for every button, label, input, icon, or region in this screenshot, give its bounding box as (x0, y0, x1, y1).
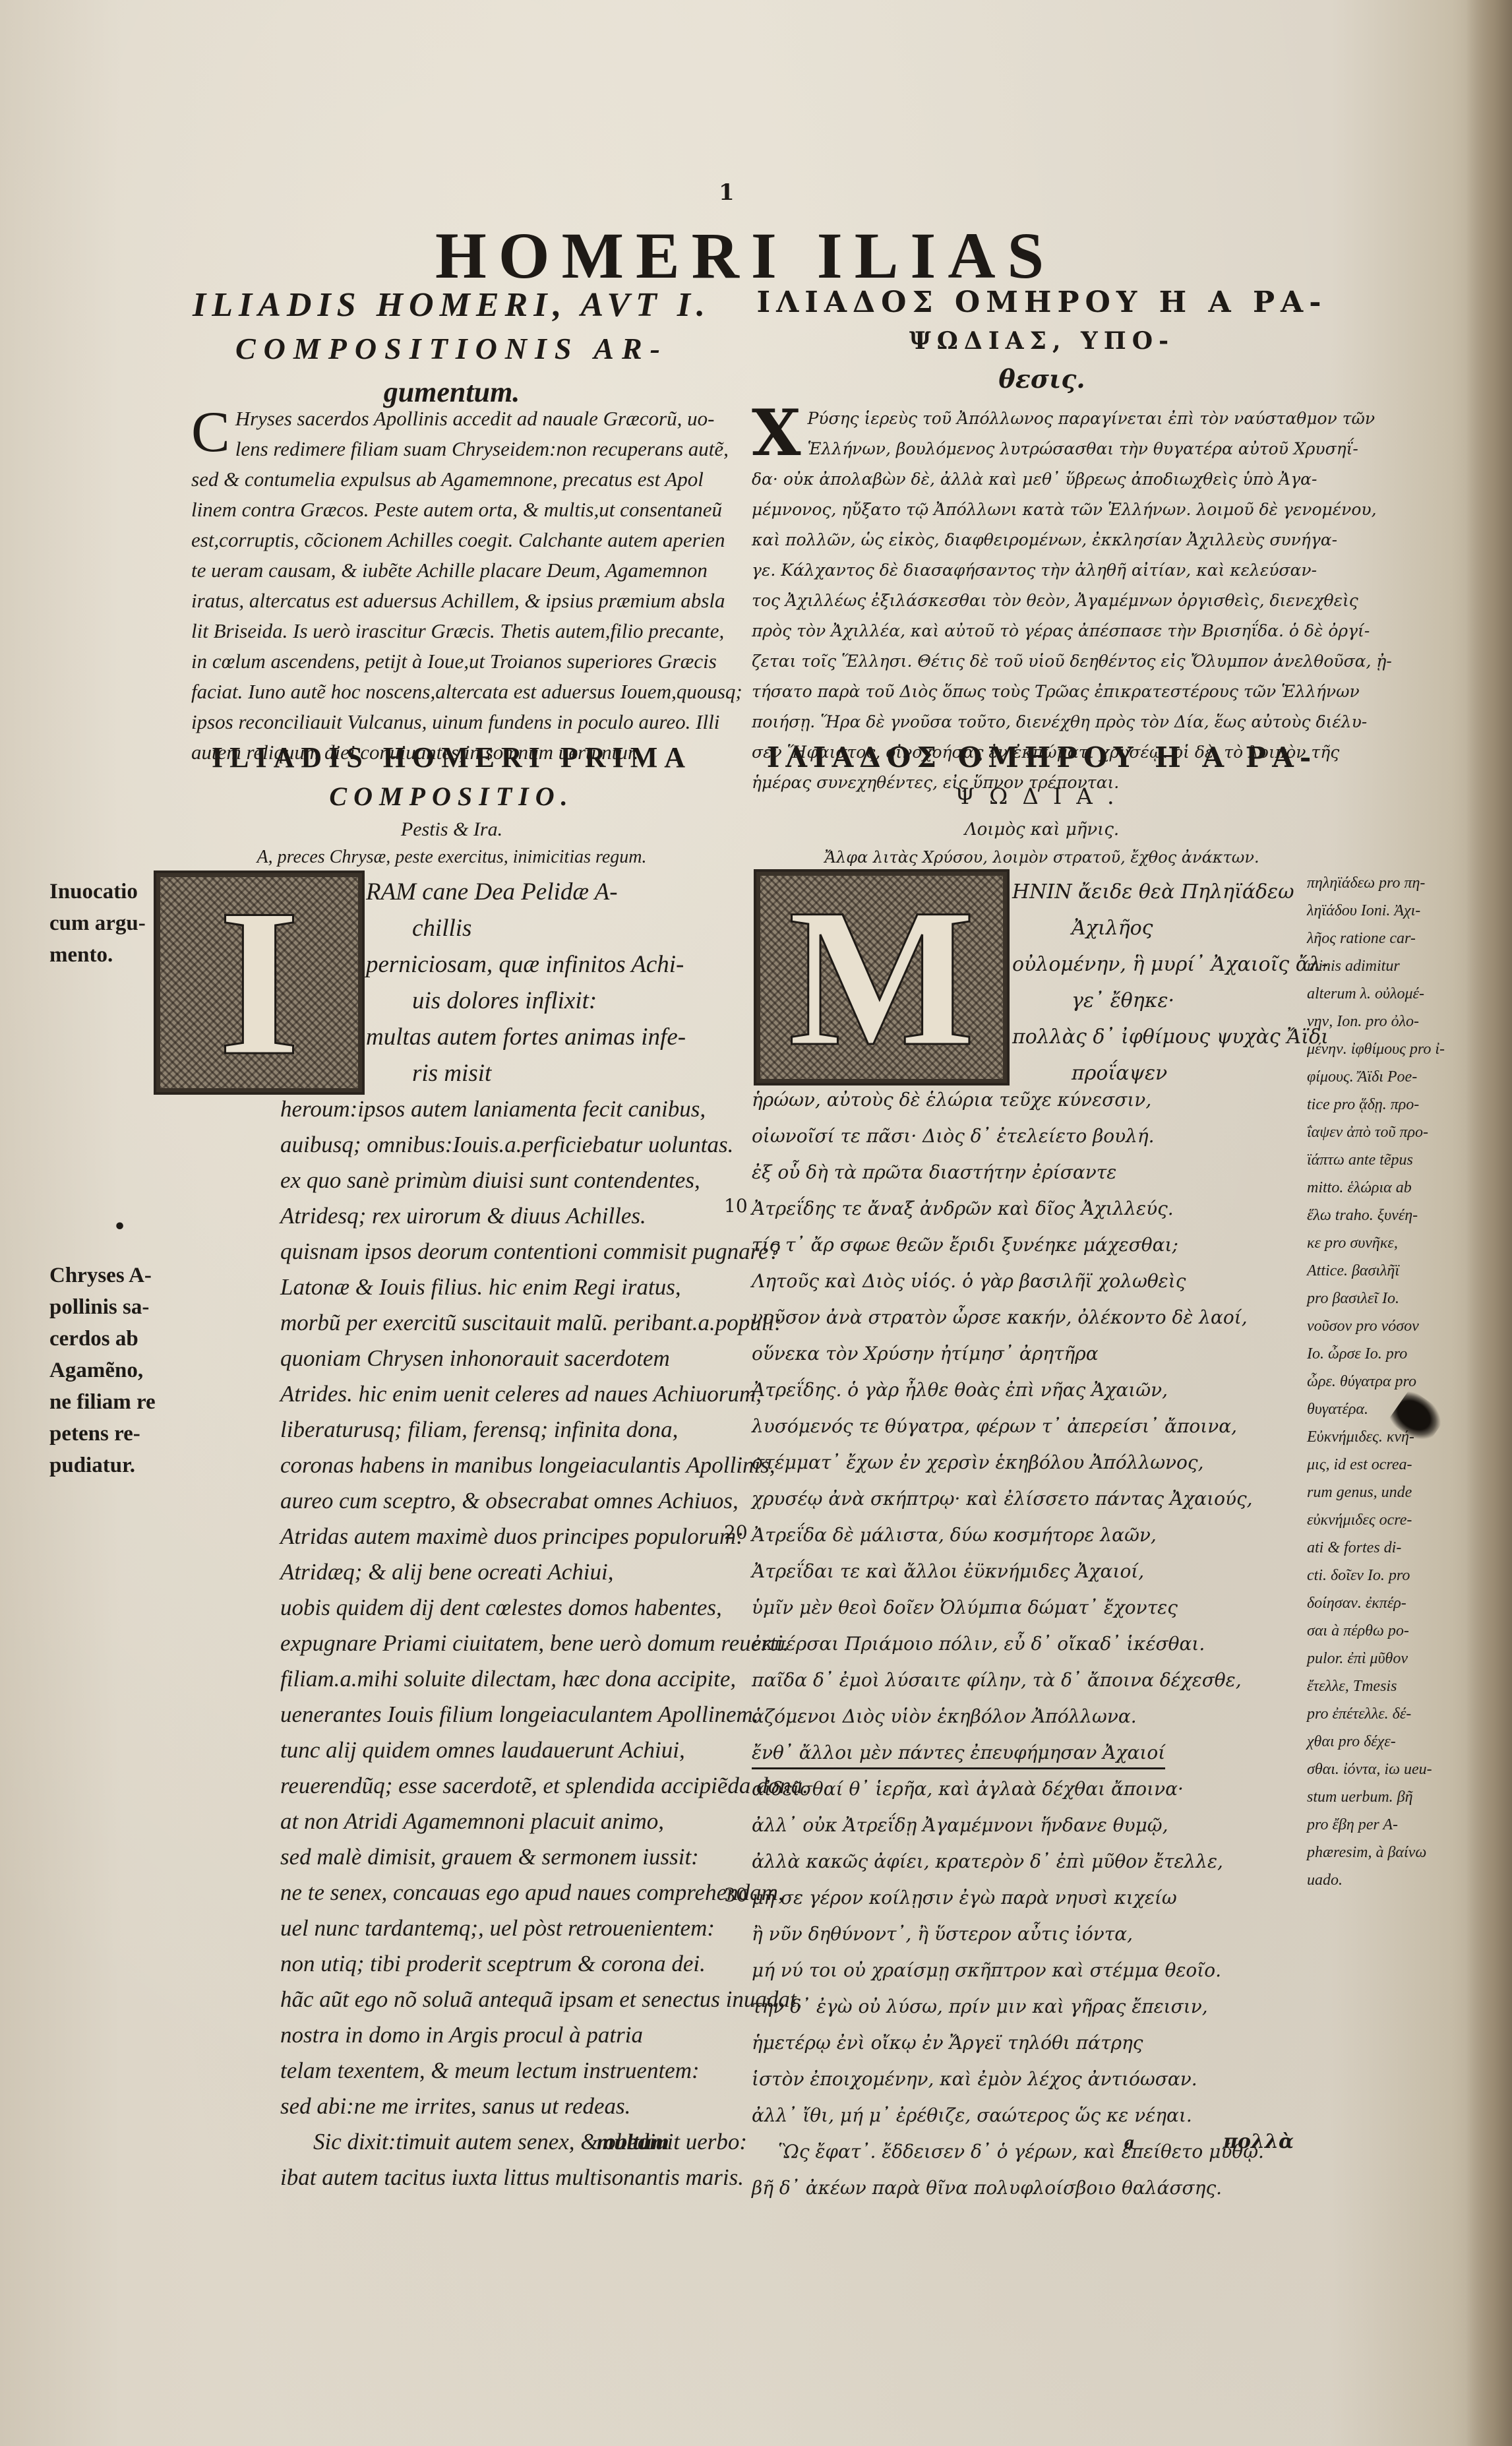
verse-line: ἀλλ᾽ οὐκ Ἀτρεΐδῃ Ἀγαμέμνονι ἥνδανε θυμῷ, (752, 1807, 1292, 1843)
greek-heading-line3: θεσις. (745, 360, 1339, 398)
latin-heading-line1: ILIADIS HOMERI, AVT I. (188, 284, 715, 327)
book-page: 1 HOMERI ILIAS ILIADIS HOMERI, AVT I. CO… (0, 0, 1512, 2446)
text-line: linem contra Græcos. Peste autem orta, &… (191, 495, 712, 525)
gloss-line: μις, id est ocrea- (1307, 1451, 1465, 1479)
gloss-line: λῆος ratione car- (1307, 925, 1465, 952)
verse-line: Atrides. hic enim uenit celeres ad naues… (280, 1376, 742, 1412)
verse-line: Atridesq; rex uirorum & diuus Achilles. (280, 1198, 742, 1234)
text-line: πρὸς τὸν Ἀχιλλέα, καὶ αὐτοῦ τὸ γέρας ἀπέ… (752, 616, 1345, 646)
verse-line: Ἀχιλῆος (1012, 910, 1302, 946)
gloss-line: σαι à πέρθω po- (1307, 1617, 1465, 1645)
text-line: sed & contumelia expulsus ab Agamemnone,… (191, 464, 712, 495)
margin-line: petens re- (49, 1418, 158, 1450)
gloss-line: μένην. ἰφθίμους pro ἰ- (1307, 1035, 1465, 1063)
verse-line: Ἀτρεΐδης. ὁ γὰρ ἦλθε θοὰς ἐπὶ νῆας Ἀχαιῶ… (752, 1372, 1292, 1408)
verse-line: ris misit (366, 1055, 709, 1091)
verse-line: aureo cum sceptro, & obsecrabat omnes Ac… (280, 1483, 742, 1519)
gloss-line: νοῦσον pro νόσον (1307, 1312, 1465, 1340)
verse-line: ὑμῖν μὲν θεοὶ δοῖεν Ὀλύμπια δώματ᾽ ἔχοντ… (752, 1589, 1292, 1626)
verse-line: Ἀτρεΐδης τε ἄναξ ἀνδρῶν καὶ δῖος Ἀχιλλεύ… (752, 1190, 1292, 1227)
initial-letter: I (218, 884, 301, 1082)
verse-line: morbũ per exercitũ suscitauit malũ. peri… (280, 1305, 742, 1341)
verse-line: non utiq; tibi proderit sceptrum & coron… (280, 1946, 742, 1982)
text-line: Hryses sacerdos Apollinis accedit ad nau… (191, 404, 712, 434)
verse-line: Λητοῦς καὶ Διὸς υἱός. ὁ γὰρ βασιλῆϊ χολω… (752, 1263, 1292, 1299)
latin-argument-text: C Hryses sacerdos Apollinis accedit ad n… (191, 404, 712, 768)
greek-verse-opening: ΗΝΙΝ ἄειδε θεὰ Πηληϊάδεω Ἀχιλῆος οὐλομέν… (1012, 874, 1302, 1091)
verse-line: νοῦσον ἀνὰ στρατὸν ὦρσε κακήν, ὀλέκοντο … (752, 1299, 1292, 1335)
text-line: μέμνονος, ηὔξατο τῷ Ἀπόλλωνι κατὰ τῶν Ἑλ… (752, 495, 1345, 525)
latin-catchword: multum (597, 2130, 669, 2155)
line-number-20: 20 (724, 1521, 748, 1543)
verse-line: RAM cane Dea Pelidæ A- (366, 874, 709, 910)
gloss-line: stum uerbum. βῆ (1307, 1783, 1465, 1811)
gloss-line: pro ἔβη per A- (1307, 1811, 1465, 1839)
gloss-line: minis adimitur (1307, 952, 1465, 980)
margin-line: Inuocatio (49, 876, 158, 907)
verse-line: οὐλομένην, ἣ μυρί᾽ Ἀχαιοῖς ἄλ- (1012, 946, 1302, 983)
text-line: faciat. Iuno autẽ hoc noscens,altercata … (191, 677, 712, 707)
gloss-line: alterum λ. οὐλομέ- (1307, 980, 1465, 1008)
greek-heading-line1: ΙΛΙΑΔΟΣ ΟΜΗΡΟΥ Η Α ΡΑ- (745, 284, 1339, 322)
verse-line: λυσόμενός τε θύγατρα, φέρων τ᾽ ἀπερείσι᾽… (752, 1408, 1292, 1444)
gloss-line: pro ἐπέτελλε. δέ- (1307, 1700, 1465, 1728)
verse-line: τὴν δ᾽ ἐγὼ οὐ λύσω, πρίν μιν καὶ γῆρας ἔ… (752, 1988, 1292, 2025)
verse-line: heroum:ipsos autem laniamenta fecit cani… (280, 1091, 742, 1127)
text-line: te ueram causam, & iubẽte Achille placar… (191, 555, 712, 586)
gloss-line: σθαι. ἰόντα, iω ueu- (1307, 1756, 1465, 1783)
verse-line: στέμματ᾽ ἔχων ἐν χερσὶν ἑκηβόλου Ἀπόλλων… (752, 1444, 1292, 1481)
text-line: ποιήσῃ. Ἥρα δὲ γνοῦσα τοῦτο, διενέχθη πρ… (752, 707, 1345, 737)
gloss-line: ἕλω traho. ξυνέη- (1307, 1202, 1465, 1229)
verse-line: μή σε γέρον κοίλῃσιν ἐγὼ παρὰ νηυσὶ κιχε… (752, 1880, 1292, 1916)
verse-line: Sic dixit:timuit autem senex, & obediuit… (280, 2124, 742, 2160)
greek-heading-line2: ΨΩΔΙΑΣ, ΥΠΟ- (745, 322, 1339, 360)
verse-line: uel nunc tardantemq;, uel pòst retroueni… (280, 1911, 742, 1946)
gloss-line: ati & fortes di- (1307, 1534, 1465, 1562)
verse-line: sed malè dimisit, grauem & sermonem iuss… (280, 1839, 742, 1875)
verse-line: multas autem fortes animas infe- (366, 1019, 709, 1055)
line-number-10: 10 (724, 1195, 748, 1217)
latin-verse-opening: RAM cane Dea Pelidæ A- chillis pernicios… (366, 874, 709, 1091)
gloss-line: Εὐκνήμιδες. κνή- (1307, 1423, 1465, 1451)
gloss-line: phæresim, à βαίνω (1307, 1839, 1465, 1866)
text-line: in cœlum ascendens, petijt à Ioue,ut Tro… (191, 646, 712, 677)
verse-line: quoniam Chrysen inhonorauit sacerdotem (280, 1341, 742, 1376)
gloss-line: ἔτελλε, Tmesis (1307, 1672, 1465, 1700)
verse-line: expugnare Priami ciuitatem, bene uerò do… (280, 1626, 742, 1661)
verse-line: coronas habens in manibus longeiaculanti… (280, 1448, 742, 1483)
gloss-line: δοίησαν. ἐκπέρ- (1307, 1589, 1465, 1617)
latin-heading-line2: COMPOSITIONIS AR- (188, 327, 715, 371)
verse-line: ibat autem tacitus iuxta littus multison… (280, 2160, 742, 2195)
verse-line: οἰωνοῖσί τε πᾶσι· Διὸς δ᾽ ἐτελείετο βουλ… (752, 1118, 1292, 1154)
text-line: iratus, altercatus est aduersus Achillem… (191, 586, 712, 616)
text-line: γε. Κάλχαντος δὲ διασαφήσαντος τὴν ἀληθῆ… (752, 555, 1345, 586)
text-line: ζεται τοῖς Ἕλλησι. Θέτις δὲ τοῦ υἱοῦ δεη… (752, 646, 1345, 677)
verse-line: ex quo sanè primùm diuisi sunt contenden… (280, 1163, 742, 1198)
verse-line: Atridæq; & alij bene ocreati Achiui, (280, 1554, 742, 1590)
latin-argument-initial: C (191, 406, 230, 459)
latin-book-topic: Pestis & Ira. (188, 815, 715, 844)
greek-book-heading: ΙΛΙΑΔΟΣ ΟΜΗΡΟΥ Η Α ΡΑ- ΨΩΔΙΑ. Λοιμὸς καὶ… (745, 737, 1339, 871)
gloss-line: φίμους. Ἄϊδι Poe- (1307, 1063, 1465, 1091)
gloss-line: Io. ὦρσε Io. pro (1307, 1340, 1465, 1368)
greek-argument-initial: Χ (752, 406, 801, 460)
gloss-line: pro βασιλεῖ Io. (1307, 1285, 1465, 1312)
text-line: δα· οὐκ ἀπολαβὼν δὲ, ἀλλὰ καὶ μεθ᾽ ὕβρεω… (752, 464, 1345, 495)
underlined-verse-line: ἔνθ᾽ ἄλλοι μὲν πάντες ἐπευφήμησαν Ἀχαιοί (752, 1738, 1165, 1769)
verse-line: βῆ δ᾽ ἀκέων παρὰ θῖνα πολυφλοίσβοιο θαλά… (752, 2170, 1292, 2206)
verse-line: quisnam ipsos deorum contentioni commisi… (280, 1234, 742, 1269)
gloss-line: ϊάπτω ante tẽpus (1307, 1146, 1465, 1174)
verse-line: χρυσέῳ ἀνὰ σκήπτρῳ· καὶ ἐλίσσετο πάντας … (752, 1481, 1292, 1517)
verse-line: sed abi:ne me irrites, sanus ut redeas. (280, 2089, 742, 2124)
gloss-line: ὦρε. θύγατρα pro (1307, 1368, 1465, 1395)
gloss-line: rum genus, unde (1307, 1479, 1465, 1506)
text-line: Ἑλλήνων, βουλόμενος λυτρώσασθαι τὴν θυγα… (752, 434, 1345, 464)
margin-note-chryses: Chryses A- pollinis sa- cerdos ab Agamẽn… (49, 1260, 158, 1481)
text-line: ipsos reconciliauit Vulcanus, uinum fund… (191, 707, 712, 737)
latin-book-title: ILIADIS HOMERI PRIMA (188, 737, 715, 778)
verse-line: Ἀτρεΐδα δὲ μάλιστα, δύω κοσμήτορε λαῶν, (752, 1517, 1292, 1553)
margin-line: Agamẽno, (49, 1355, 158, 1386)
verse-line: πολλὰς δ᾽ ἰφθίμους ψυχὰς Ἄϊδι (1012, 1019, 1302, 1055)
margin-line: Chryses A- (49, 1260, 158, 1291)
gloss-line: tice pro ᾅδῃ. προ- (1307, 1091, 1465, 1118)
verse-line: at non Atridi Agamemnoni placuit animo, (280, 1804, 742, 1839)
verse-line: ἐξ οὗ δὴ τὰ πρῶτα διαστήτην ἐρίσαντε (752, 1154, 1292, 1190)
greek-book-summary: Ἄλφα λιτὰς Χρύσου, λοιμὸν στρατοῦ, ἔχθος… (745, 844, 1339, 871)
text-line: est,corruptis, cõcionem Achilles coegit.… (191, 525, 712, 555)
gloss-line: ΐαψεν ἀπὸ τοῦ προ- (1307, 1118, 1465, 1146)
margin-line: mento. (49, 939, 158, 971)
gloss-line: Attice. βασιλῆϊ (1307, 1257, 1465, 1285)
latin-book-heading: ILIADIS HOMERI PRIMA COMPOSITIO. Pestis … (188, 737, 715, 871)
margin-glosses-right: πηληϊάδεω pro πη- ληϊάδου Ioni. Ἀχι- λῆο… (1307, 869, 1465, 1894)
gloss-line: mitto. ἑλώρια ab (1307, 1174, 1465, 1202)
verse-line: ἡρώων, αὐτοὺς δὲ ἑλώρια τεῦχε κύνεσσιν, (752, 1082, 1292, 1118)
verse-line: uis dolores inflixit: (366, 983, 709, 1019)
woodcut-initial-m: Μ (754, 869, 1010, 1085)
verse-line: uobis quidem dij dent cœlestes domos hab… (280, 1590, 742, 1626)
greek-book-subtitle: ΨΩΔΙΑ. (745, 778, 1339, 815)
running-title: HOMERI ILIAS (435, 218, 1056, 293)
gloss-line: πηληϊάδεω pro πη- (1307, 869, 1465, 897)
verse-line: uenerantes Iouis filium longeiaculantem … (280, 1697, 742, 1732)
verse-line: ΗΝΙΝ ἄειδε θεὰ Πηληϊάδεω (1012, 874, 1302, 910)
verse-line: liberaturusq; filiam, ferensq; infinita … (280, 1412, 742, 1448)
gloss-line: κε pro συνῆκε, (1307, 1229, 1465, 1257)
gloss-line: cti. δοῖεν Io. pro (1307, 1562, 1465, 1589)
verse-line: μή νύ τοι οὐ χραίσμῃ σκῆπτρον καὶ στέμμα… (752, 1952, 1292, 1988)
margin-line: pudiatur. (49, 1450, 158, 1481)
verse-line: ἢ νῦν δηθύνοντ᾽, ἢ ὕστερον αὖτις ἰόντα, (752, 1916, 1292, 1952)
text-line: καὶ πολλῶν, ὡς εἰκὸς, διαφθειρομένων, ἐκ… (752, 525, 1345, 555)
verse-line: perniciosam, quæ infinitos Achi- (366, 946, 709, 983)
text-line: τήσατο παρὰ τοῦ Διὸς ὅπως τοὺς Τρῶας ἐπι… (752, 677, 1345, 707)
initial-letter: Μ (788, 885, 975, 1070)
gloss-line: εὐκνήμιδες ocre- (1307, 1506, 1465, 1534)
verse-line: tunc alij quidem omnes laudauerunt Achiu… (280, 1732, 742, 1768)
margin-line: ne filiam re (49, 1386, 158, 1418)
verse-line: Latonæ & Iouis filius. hic enim Regi ira… (280, 1269, 742, 1305)
verse-line: Atridas autem maximè duos principes popu… (280, 1519, 742, 1554)
verse-line: ἐκπέρσαι Πριάμοιο πόλιν, εὖ δ᾽ οἴκαδ᾽ ἱκ… (752, 1626, 1292, 1662)
latin-book-subtitle: COMPOSITIO. (188, 778, 715, 815)
verse-line: ne te senex, concauas ego apud naues com… (280, 1875, 742, 1911)
verse-line: ἁζόμενοι Διὸς υἱὸν ἑκηβόλον Ἀπόλλωνα. (752, 1698, 1292, 1734)
margin-mark: • (113, 1215, 126, 1238)
verse-line: τίς τ᾽ ἄρ σφωε θεῶν ἔριδι ξυνέηκε μάχεσθ… (752, 1227, 1292, 1263)
verse-line: chillis (366, 910, 709, 946)
gloss-line: νην, Ion. pro ὀλο- (1307, 1008, 1465, 1035)
verse-line: hãc aũt ego nõ soluã antequã ipsam et se… (280, 1982, 742, 2017)
verse-line: reuerendũq; esse sacerdotẽ, et splendida… (280, 1768, 742, 1804)
gloss-line: uado. (1307, 1866, 1465, 1894)
greek-catchword: πολλὰ (1223, 2130, 1294, 2153)
verse-line: telam texentem, & meum lectum instruente… (280, 2053, 742, 2089)
greek-book-topic: Λοιμὸς καὶ μῆνις. (745, 815, 1339, 844)
verse-line: ἱστὸν ἐποιχομένην, καὶ ἐμὸν λέχος ἀντιόω… (752, 2061, 1292, 2097)
verse-line: Ἀτρεΐδαι τε καὶ ἄλλοι ἐϋκνήμιδες Ἀχαιοί, (752, 1553, 1292, 1589)
woodcut-initial-i: I (154, 871, 365, 1095)
gloss-line: ληϊάδου Ioni. Ἀχι- (1307, 897, 1465, 925)
folio-number: 1 (719, 179, 735, 206)
margin-line: pollinis sa- (49, 1291, 158, 1323)
signature-mark: a (1124, 2131, 1134, 2154)
verse-line: filiam.a.mihi soluite dilectam, hæc dona… (280, 1661, 742, 1697)
text-line: lit Briseida. Is uerò irascitur Græcis. … (191, 616, 712, 646)
greek-argument-heading: ΙΛΙΑΔΟΣ ΟΜΗΡΟΥ Η Α ΡΑ- ΨΩΔΙΑΣ, ΥΠΟ- θεσι… (745, 284, 1339, 398)
verse-line: ἀλλὰ κακῶς ἀφίει, κρατερὸν δ᾽ ἐπὶ μῦθον … (752, 1843, 1292, 1880)
verse-line: αἰδεῖσθαί θ᾽ ἱερῆα, καὶ ἀγλαὰ δέχθαι ἄπο… (752, 1771, 1292, 1807)
gloss-line: χθαι pro δέχε- (1307, 1728, 1465, 1756)
greek-book-title: ΙΛΙΑΔΟΣ ΟΜΗΡΟΥ Η Α ΡΑ- (745, 737, 1339, 778)
verse-line: Ὣς ἔφατ᾽. ἔδδεισεν δ᾽ ὁ γέρων, καὶ ἐπείθ… (752, 2133, 1292, 2170)
verse-line: παῖδα δ᾽ ἐμοὶ λύσαιτε φίλην, τὰ δ᾽ ἄποιν… (752, 1662, 1292, 1698)
margin-line: cum argu- (49, 907, 158, 939)
page-edge-shadow (1466, 0, 1512, 2446)
verse-line: nostra in domo in Argis procul à patria (280, 2017, 742, 2053)
line-number-30: 30 (724, 1884, 748, 1906)
greek-verse-text: ἡρώων, αὐτοὺς δὲ ἑλώρια τεῦχε κύνεσσιν, … (752, 1082, 1292, 2206)
text-line: lens redimere filiam suam Chryseidem:non… (191, 434, 712, 464)
margin-note-invocation: Inuocatio cum argu- mento. (49, 876, 158, 971)
verse-line: auibusq; omnibus:Iouis.a.perficiebatur u… (280, 1127, 742, 1163)
text-line: τος Ἀχιλλέως ἐξιλάσκεσθαι τὸν θεὸν, Ἀγαμ… (752, 586, 1345, 616)
gloss-line: pulor. ἐπὶ μῦθον (1307, 1645, 1465, 1672)
margin-line: cerdos ab (49, 1323, 158, 1355)
verse-line: γε᾽ ἔθηκε· (1012, 983, 1302, 1019)
latin-argument-heading: ILIADIS HOMERI, AVT I. COMPOSITIONIS AR-… (188, 284, 715, 414)
latin-verse-text: heroum:ipsos autem laniamenta fecit cani… (280, 1091, 742, 2195)
verse-line: ἡμετέρῳ ἐνὶ οἴκῳ ἐν Ἄργεϊ τηλόθι πάτρης (752, 2025, 1292, 2061)
verse-line: οὕνεκα τὸν Χρύσην ἠτίμησ᾽ ἀρητῆρα (752, 1335, 1292, 1372)
text-line: Ρύσης ἱερεὺς τοῦ Ἀπόλλωνος παραγίνεται ἐ… (752, 404, 1345, 434)
verse-line: ἀλλ᾽ ἴθι, μή μ᾽ ἐρέθιζε, σαώτερος ὥς κε … (752, 2097, 1292, 2133)
